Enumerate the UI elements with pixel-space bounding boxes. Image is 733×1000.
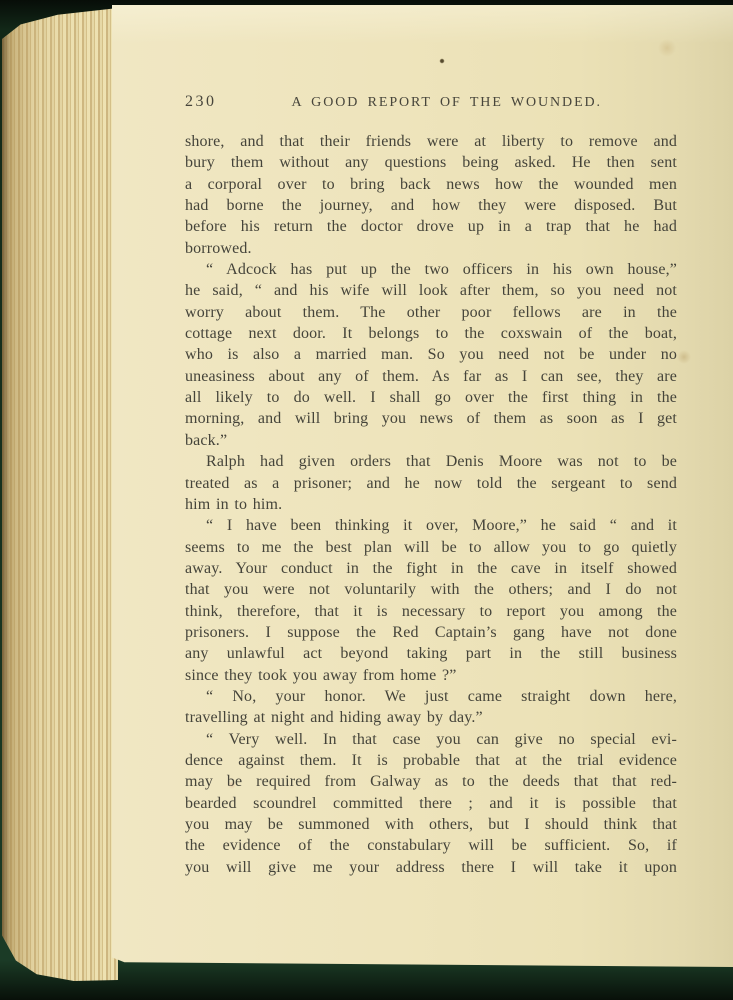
- page-header: 230 A GOOD REPORT OF THE WOUNDED.: [185, 93, 677, 111]
- text-line: a corporal over to bring back news how t…: [185, 174, 677, 195]
- text-line: back.”: [185, 430, 677, 451]
- book-page: 230 A GOOD REPORT OF THE WOUNDED. shore,…: [112, 5, 733, 967]
- text-line: bearded scoundrel committed there ; and …: [185, 793, 677, 814]
- text-line: travelling at night and hiding away by d…: [185, 707, 677, 728]
- running-title: A GOOD REPORT OF THE WOUNDED.: [217, 95, 678, 111]
- text-line: shore, and that their friends were at li…: [185, 131, 677, 152]
- text-line: think, therefore, that it is necessary t…: [185, 601, 677, 622]
- text-line: the evidence of the constabulary will be…: [185, 835, 677, 856]
- text-line: borrowed.: [185, 238, 677, 259]
- text-line: treated as a prisoner; and he now told t…: [185, 473, 677, 494]
- text-line: worry about them. The other poor fellows…: [185, 302, 677, 323]
- text-line: seems to me the best plan will be to all…: [185, 537, 677, 558]
- fore-edge-page-stack: [2, 6, 118, 982]
- text-line: bury them without any questions being as…: [185, 152, 677, 173]
- text-line: “ Very well. In that case you can give n…: [185, 729, 677, 750]
- text-line: all likely to do well. I shall go over t…: [185, 387, 677, 408]
- text-line: you may be summoned with others, but I s…: [185, 814, 677, 835]
- text-line: had borne the journey, and how they were…: [185, 195, 677, 216]
- text-line: since they took you away from home ?”: [185, 665, 677, 686]
- text-line: him in to him.: [185, 494, 677, 515]
- text-line: “ Adcock has put up the two officers in …: [185, 259, 677, 280]
- page-body: shore, and that their friends were at li…: [185, 131, 677, 878]
- book-scan: 230 A GOOD REPORT OF THE WOUNDED. shore,…: [0, 0, 733, 1000]
- text-line: who is also a married man. So you need n…: [185, 344, 677, 365]
- text-line: prisoners. I suppose the Red Captain’s g…: [185, 622, 677, 643]
- text-line: uneasiness about any of them. As far as …: [185, 366, 677, 387]
- page-number: 230: [185, 93, 217, 111]
- text-line: that you were not voluntarily with the o…: [185, 579, 677, 600]
- text-line: cottage next door. It belongs to the cox…: [185, 323, 677, 344]
- text-line: away. Your conduct in the fight in the c…: [185, 558, 677, 579]
- text-line: any unlawful act beyond taking part in t…: [185, 643, 677, 664]
- text-line: you will give me your address there I wi…: [185, 857, 677, 878]
- text-line: dence against them. It is probable that …: [185, 750, 677, 771]
- text-line: he said, “ and his wife will look after …: [185, 280, 677, 301]
- text-line: “ No, your honor. We just came straight …: [185, 686, 677, 707]
- text-line: before his return the doctor drove up in…: [185, 216, 677, 237]
- text-line: may be required from Galway as to the de…: [185, 771, 677, 792]
- text-line: Ralph had given orders that Denis Moore …: [185, 451, 677, 472]
- text-line: “ I have been thinking it over, Moore,” …: [185, 515, 677, 536]
- text-line: morning, and will bring you news of them…: [185, 408, 677, 429]
